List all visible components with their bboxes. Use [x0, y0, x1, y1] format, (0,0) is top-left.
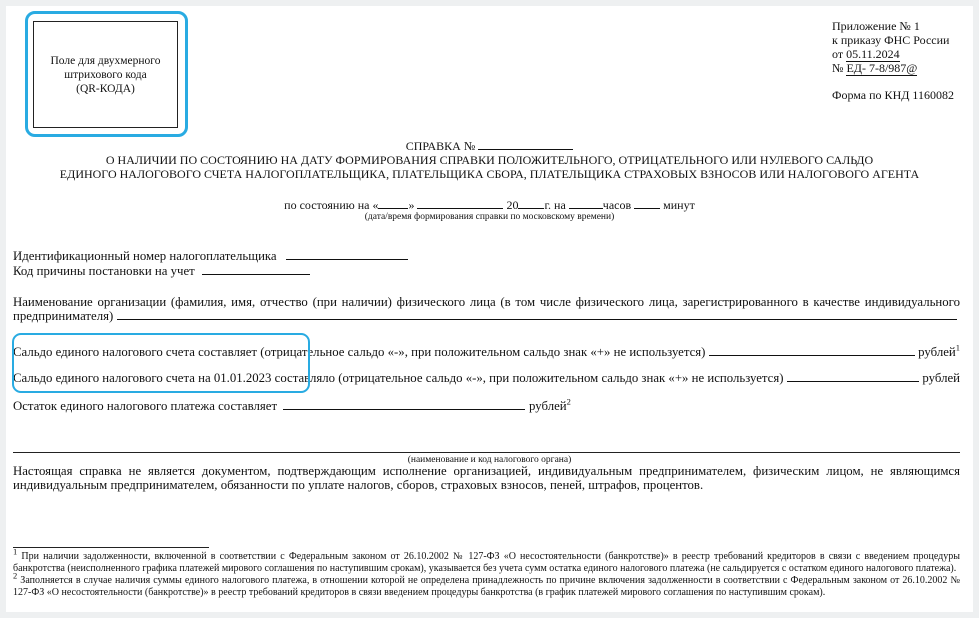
saldo-2023-blank	[787, 381, 919, 382]
enp-remainder-unit: рублей2	[529, 399, 571, 413]
footnote-2-text: Заполняется в случае наличия суммы едино…	[13, 575, 960, 598]
appendix-line: Приложение № 1	[832, 19, 973, 33]
inn-blank	[286, 249, 408, 260]
title-line-3: ЕДИНОГО НАЛОГОВОГО СЧЕТА НАЛОГОПЛАТЕЛЬЩИ…	[6, 167, 973, 181]
inn-label: Идентификационный номер налогоплательщик…	[13, 249, 277, 263]
kpp-blank	[202, 264, 310, 275]
order-date-line: от 05.11.2024	[832, 47, 973, 61]
footnote-1-text: При наличии задолженности, включенной в …	[13, 551, 960, 574]
header-right-block: Приложение № 1 к приказу ФНС России от 0…	[832, 19, 973, 102]
asof-hours-blank	[569, 198, 603, 209]
saldo-current-footnote-ref: 1	[956, 343, 960, 353]
qr-code-placeholder-label: Поле для двухмерного штрихового кода (QR…	[51, 54, 161, 96]
footnote-separator	[13, 547, 209, 548]
asof-minutes-blank	[634, 198, 660, 209]
title-spravka-label: СПРАВКА №	[406, 139, 476, 153]
saldo-current-unit-text: рублей	[918, 345, 956, 359]
saldo-current-label: Сальдо единого налогового счета составля…	[13, 345, 705, 359]
title-line-1: СПРАВКА №	[6, 139, 973, 153]
saldo-2023-unit: рублей	[922, 371, 960, 385]
asof-date-line: по состоянию на «» 20г. на часов минут	[6, 198, 973, 212]
asof-prefix: по состоянию на «	[284, 198, 378, 212]
form-code: Форма по КНД 1160082	[832, 88, 973, 102]
order-number-line: № ЕД- 7-8/987@	[832, 61, 973, 75]
asof-date-block: по состоянию на «» 20г. на часов минут (…	[6, 198, 973, 223]
order-date-prefix: от	[832, 47, 843, 61]
footnote-1: 1 При наличии задолженности, включенной …	[13, 551, 960, 575]
qr-highlight-annotation: Поле для двухмерного штрихового кода (QR…	[25, 11, 188, 137]
asof-day-blank	[378, 198, 408, 209]
authority-blank-rule	[13, 452, 960, 453]
spravka-number-blank	[478, 139, 573, 150]
footnote-2: 2 Заполняется в случае наличия суммы еди…	[13, 575, 960, 599]
saldo-current-unit: рублей1	[918, 345, 960, 359]
inn-line: Идентификационный номер налогоплательщик…	[13, 249, 408, 264]
saldo-2023-suffix: составляло (отрицательное сальдо «-», пр…	[275, 371, 784, 385]
disclaimer-paragraph: Настоящая справка не является документом…	[13, 465, 960, 493]
footnotes-block: 1 При наличии задолженности, включенной …	[13, 551, 960, 599]
document-title: СПРАВКА № О НАЛИЧИИ ПО СОСТОЯНИЮ НА ДАТУ…	[6, 139, 973, 181]
asof-hours-label: часов	[603, 198, 631, 212]
org-name-label-line2-row: предпринимателя)	[13, 310, 960, 324]
taxpayer-id-block: Идентификационный номер налогоплательщик…	[13, 249, 408, 278]
saldo-2023-prefix: Сальдо единого налогового счета на	[13, 371, 211, 385]
saldo-2023-line: Сальдо единого налогового счета на 01.01…	[13, 371, 960, 385]
enp-remainder-label: Остаток единого налогового платежа соста…	[13, 399, 277, 413]
order-number-prefix: №	[832, 61, 843, 75]
saldo-2023-text: Сальдо единого налогового счета на 01.01…	[13, 371, 783, 385]
asof-year-suffix: г. на	[544, 198, 565, 212]
enp-remainder-line: Остаток единого налогового платежа соста…	[13, 399, 573, 413]
org-name-label-line2: предпринимателя)	[13, 310, 113, 324]
org-name-label-line1: Наименование организации (фамилия, имя, …	[13, 296, 960, 310]
title-line-2: О НАЛИЧИИ ПО СОСТОЯНИЮ НА ДАТУ ФОРМИРОВА…	[6, 153, 973, 167]
asof-year-blank	[518, 198, 544, 209]
enp-remainder-blank	[283, 399, 525, 410]
saldo-current-blank	[709, 355, 915, 356]
asof-quote-close: »	[408, 198, 414, 212]
org-name-blank	[117, 319, 957, 320]
order-line: к приказу ФНС России	[832, 33, 973, 47]
qr-code-placeholder-box: Поле для двухмерного штрихового кода (QR…	[33, 21, 178, 128]
document-page: Поле для двухмерного штрихового кода (QR…	[6, 6, 973, 612]
saldo-current-line: Сальдо единого налогового счета составля…	[13, 345, 960, 359]
order-number-value: ЕД- 7-8/987@	[846, 61, 917, 76]
kpp-label: Код причины постановки на учет	[13, 264, 195, 278]
kpp-line: Код причины постановки на учет	[13, 264, 408, 279]
asof-year-prefix: 20	[506, 198, 518, 212]
enp-footnote-ref: 2	[567, 397, 571, 407]
order-date-value: 05.11.2024	[846, 47, 900, 62]
org-name-block: Наименование организации (фамилия, имя, …	[13, 296, 960, 323]
saldo-2023-date: 01.01.2023	[214, 371, 272, 385]
enp-unit-text: рублей	[529, 399, 567, 413]
screenshot-root: { "accent_color": "#29abe2", "qr_box": {…	[0, 0, 979, 618]
asof-minutes-label: минут	[663, 198, 695, 212]
asof-month-blank	[417, 198, 503, 209]
asof-caption: (дата/время формирования справки по моск…	[6, 212, 973, 223]
